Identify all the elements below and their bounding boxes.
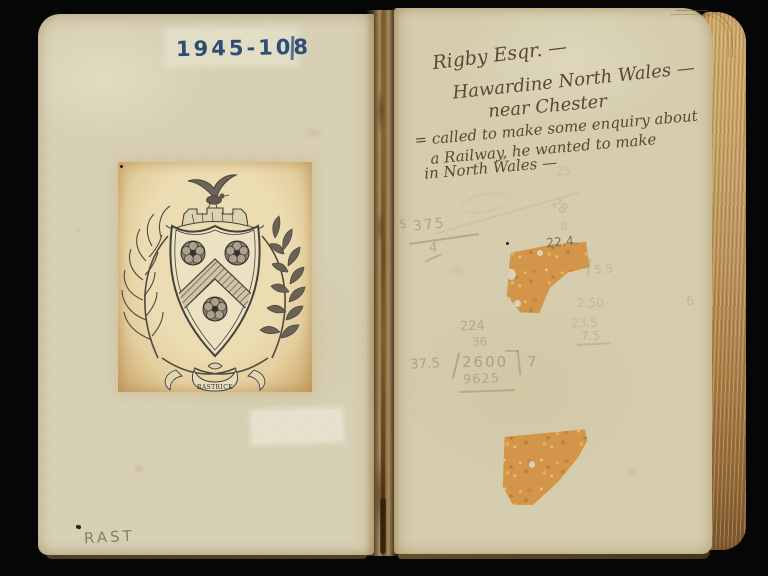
bookplate-banner-text: RASTRICK bbox=[197, 384, 233, 391]
crest-bird-icon bbox=[188, 175, 236, 209]
division-product: 9625 bbox=[463, 371, 501, 387]
repair-tape-strip bbox=[251, 408, 342, 443]
palm-branch bbox=[122, 206, 170, 358]
stain-worn-patch bbox=[529, 461, 535, 468]
rast-pencil-note: RAST bbox=[84, 527, 136, 548]
heraldic-rose bbox=[181, 241, 205, 265]
division-bracket bbox=[505, 350, 519, 352]
laurel-branch bbox=[260, 216, 305, 358]
heraldic-rose bbox=[203, 297, 227, 321]
coat-of-arms-engraving: RASTRICK bbox=[118, 162, 312, 392]
binding-stitch bbox=[380, 498, 386, 554]
armorial-bookplate: RASTRICK bbox=[118, 162, 312, 392]
division-carry-figure: 224 bbox=[460, 319, 485, 335]
pencil-column-figure: 23.5 bbox=[571, 316, 598, 330]
pencil-fraction-denominator: 4 bbox=[429, 241, 437, 256]
division-carry-figure: 36 bbox=[472, 335, 487, 349]
motto-ribbon: RASTRICK bbox=[162, 358, 268, 391]
heraldic-rose bbox=[225, 241, 249, 265]
pencil-faint-figure: 25 bbox=[555, 163, 572, 179]
ink-speck bbox=[120, 165, 123, 168]
gutter-stain bbox=[376, 88, 386, 134]
division-quotient: 7 bbox=[527, 353, 537, 371]
pencil-column-figure: 5.5 bbox=[594, 261, 614, 276]
armorial-shield bbox=[168, 226, 262, 356]
stain-worn-patch bbox=[514, 300, 521, 307]
pencil-column-figure: 2.50 bbox=[577, 296, 604, 310]
pencil-figure-on-stain: 22.4. bbox=[545, 233, 578, 251]
pencil-faint-figure: 6 bbox=[685, 294, 695, 310]
gutter-stain bbox=[376, 212, 384, 244]
division-divisor: 37.5 bbox=[410, 355, 441, 373]
photograph-backdrop: 1945-108 bbox=[0, 0, 768, 576]
stain-worn-patch bbox=[537, 250, 543, 256]
pencil-column-figure: 7.5 bbox=[581, 329, 600, 343]
division-dividend: 2600 bbox=[462, 353, 508, 371]
page-corner-arc bbox=[670, 14, 729, 57]
ink-speck bbox=[506, 242, 509, 245]
